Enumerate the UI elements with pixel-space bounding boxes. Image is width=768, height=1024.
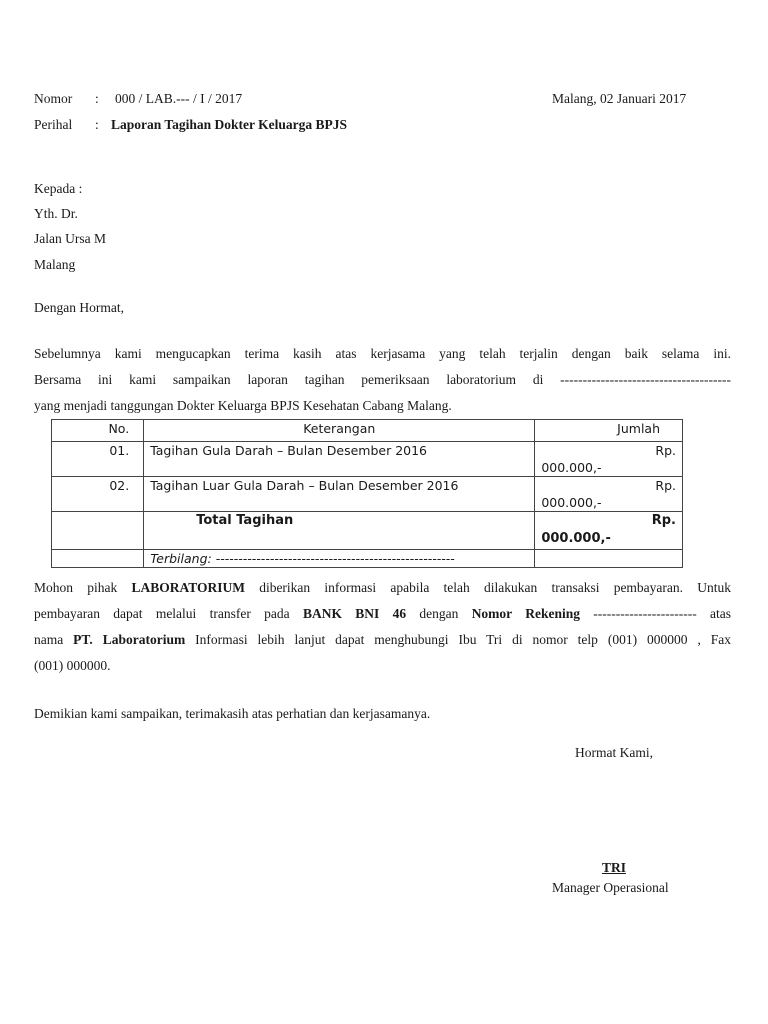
place-date: Malang, 02 Januari 2017 bbox=[552, 91, 686, 107]
terbilang-jumlah bbox=[535, 550, 683, 568]
intro-line-1: Sebelumnya kami mengucapkan terima kasih… bbox=[34, 341, 731, 367]
total-no bbox=[52, 512, 144, 550]
recipient-yth: Yth. Dr. bbox=[34, 206, 78, 222]
account-number-label: Nomor Rekening bbox=[472, 606, 580, 621]
payment-text: ----------------------- atas bbox=[580, 606, 731, 621]
row-jumlah: Rp. 000.000,- bbox=[535, 477, 683, 512]
bill-table: No. Keterangan Jumlah 01. Tagihan Gula D… bbox=[51, 419, 683, 568]
nomor-separator: : bbox=[95, 91, 99, 107]
nomor-value: 000 / LAB.--- / I / 2017 bbox=[115, 91, 242, 107]
row-amount: 000.000,- bbox=[541, 459, 676, 476]
recipient-address: Jalan Ursa M bbox=[34, 231, 106, 247]
signature-title: Manager Operasional bbox=[552, 880, 669, 896]
row-rp: Rp. bbox=[541, 477, 676, 494]
signature-salutation: Hormat Kami, bbox=[575, 745, 653, 761]
payment-text: Informasi lebih lanjut dapat menghubungi… bbox=[185, 632, 731, 647]
table-total-row: Total Tagihan Rp. 000.000,- bbox=[52, 512, 683, 550]
table-row: 02. Tagihan Luar Gula Darah – Bulan Dese… bbox=[52, 477, 683, 512]
row-amount: 000.000,- bbox=[541, 494, 676, 511]
perihal-separator: : bbox=[95, 117, 99, 133]
header-no: No. bbox=[52, 420, 144, 442]
payment-line-4: (001) 000000. bbox=[34, 653, 731, 679]
payment-text: Mohon pihak bbox=[34, 580, 131, 595]
signature-name: TRI bbox=[602, 860, 626, 876]
row-no: 02. bbox=[52, 477, 144, 512]
company-name: PT. Laboratorium bbox=[73, 632, 185, 647]
payment-paragraph: Mohon pihak LABORATORIUM diberikan infor… bbox=[34, 575, 731, 679]
intro-paragraph: Sebelumnya kami mengucapkan terima kasih… bbox=[34, 341, 731, 419]
terbilang-no bbox=[52, 550, 144, 568]
intro-line-2: Bersama ini kami sampaikan laporan tagih… bbox=[34, 367, 731, 393]
payment-text: pembayaran dapat melalui transfer pada bbox=[34, 606, 303, 621]
intro-line-3: yang menjadi tanggungan Dokter Keluarga … bbox=[34, 393, 731, 419]
total-jumlah: Rp. 000.000,- bbox=[535, 512, 683, 550]
greeting: Dengan Hormat, bbox=[34, 300, 124, 316]
row-keterangan: Tagihan Gula Darah – Bulan Desember 2016 bbox=[144, 442, 535, 477]
header-jumlah: Jumlah bbox=[535, 420, 683, 442]
perihal-value: Laporan Tagihan Dokter Keluarga BPJS bbox=[111, 117, 347, 133]
total-rp: Rp. bbox=[541, 512, 676, 529]
bank-name: BANK BNI 46 bbox=[303, 606, 406, 621]
row-jumlah: Rp. 000.000,- bbox=[535, 442, 683, 477]
closing-text: Demikian kami sampaikan, terimakasih ata… bbox=[34, 706, 430, 722]
recipient-city: Malang bbox=[34, 257, 75, 273]
row-no: 01. bbox=[52, 442, 144, 477]
payment-line-2: pembayaran dapat melalui transfer pada B… bbox=[34, 601, 731, 627]
total-amount: 000.000,- bbox=[541, 529, 676, 549]
terbilang-text: Terbilang: -----------------------------… bbox=[144, 550, 535, 568]
row-keterangan: Tagihan Luar Gula Darah – Bulan Desember… bbox=[144, 477, 535, 512]
table-terbilang-row: Terbilang: -----------------------------… bbox=[52, 550, 683, 568]
header-keterangan: Keterangan bbox=[144, 420, 535, 442]
total-label: Total Tagihan bbox=[144, 512, 535, 550]
payment-line-1: Mohon pihak LABORATORIUM diberikan infor… bbox=[34, 575, 731, 601]
payment-text: nama bbox=[34, 632, 73, 647]
table-row: 01. Tagihan Gula Darah – Bulan Desember … bbox=[52, 442, 683, 477]
payment-text: dengan bbox=[406, 606, 472, 621]
perihal-label: Perihal bbox=[34, 117, 72, 133]
payment-text: diberikan informasi apabila telah dilaku… bbox=[245, 580, 731, 595]
row-rp: Rp. bbox=[541, 442, 676, 459]
payment-line-3: nama PT. Laboratorium Informasi lebih la… bbox=[34, 627, 731, 653]
nomor-label: Nomor bbox=[34, 91, 72, 107]
laboratorium-label: LABORATORIUM bbox=[131, 580, 245, 595]
table-header-row: No. Keterangan Jumlah bbox=[52, 420, 683, 442]
recipient-kepada: Kepada : bbox=[34, 181, 82, 197]
